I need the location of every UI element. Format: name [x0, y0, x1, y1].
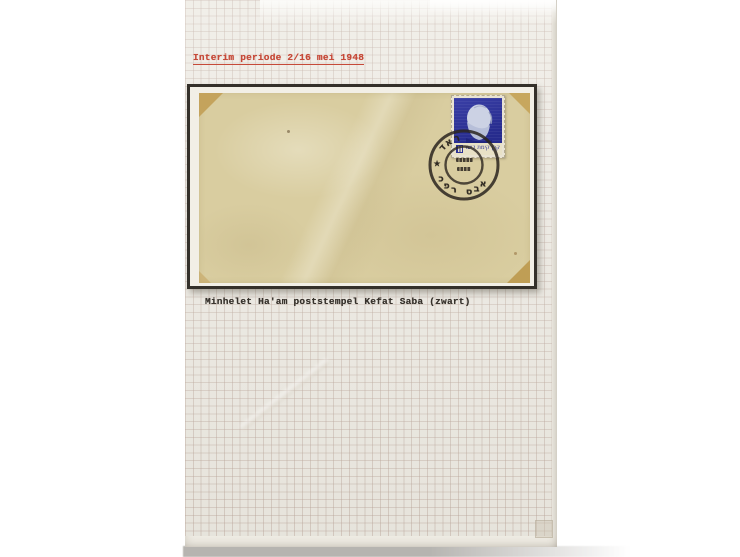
envelope-corner-top-right — [509, 93, 530, 114]
faint-square-mark — [535, 520, 553, 538]
photo-of-album-page: Interim periode 2/16 mei 1948 — [0, 0, 740, 557]
postmark-star-icon: ★ — [433, 161, 441, 170]
glare-highlight-2 — [430, 0, 556, 13]
cover-frame: קרן קימת לישראל ד א ר ★ כ פ ר ס ב א — [187, 84, 537, 289]
album-sheet: Interim periode 2/16 mei 1948 — [185, 0, 557, 547]
postmark-letter: ר — [451, 185, 457, 195]
page-bottom-shadow — [183, 546, 630, 557]
page-title: Interim periode 2/16 mei 1948 — [193, 52, 364, 65]
envelope-speck — [514, 252, 517, 255]
kfar-saba-postmark: ד א ר ★ כ פ ר ס ב א — [424, 125, 504, 205]
postmark-date-line — [457, 167, 471, 171]
envelope-corner-bottom-left — [199, 271, 211, 283]
postmark-letter: פ — [443, 181, 449, 191]
postmark-letter: א — [480, 179, 487, 189]
caption: Minhelet Ha'am poststempel Kefat Saba (z… — [205, 296, 471, 307]
postmark-letter: ס — [466, 187, 472, 197]
postmark-date-line — [456, 158, 473, 162]
envelope-corner-bottom-right — [507, 260, 530, 283]
envelope-speck — [287, 130, 290, 133]
envelope-corner-top-left — [199, 93, 223, 117]
